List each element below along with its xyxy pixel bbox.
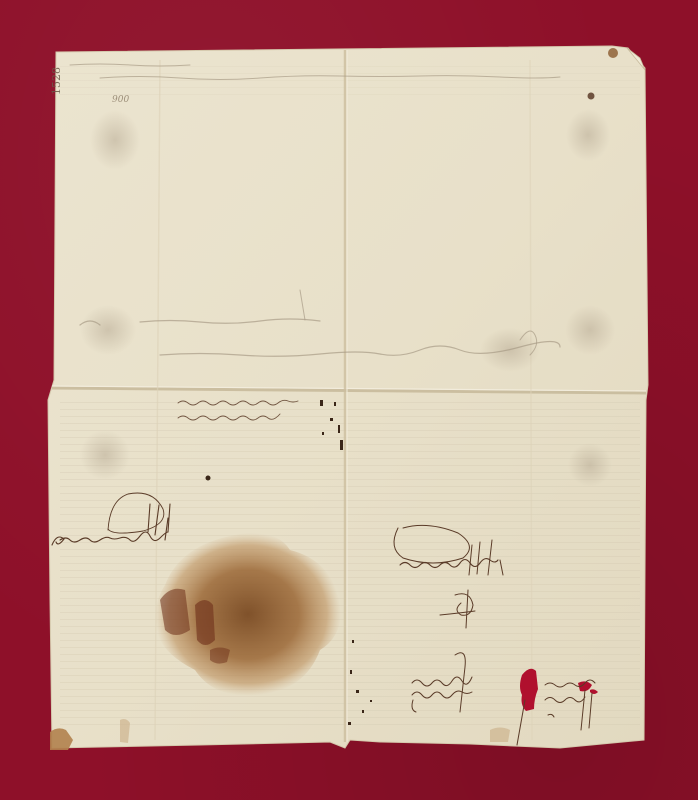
manuscript-document: 1528 900 xyxy=(0,0,698,800)
document-illustration: 1528 900 xyxy=(0,0,698,800)
svg-text:900: 900 xyxy=(112,95,129,105)
margin-number: 1528 xyxy=(50,67,63,95)
